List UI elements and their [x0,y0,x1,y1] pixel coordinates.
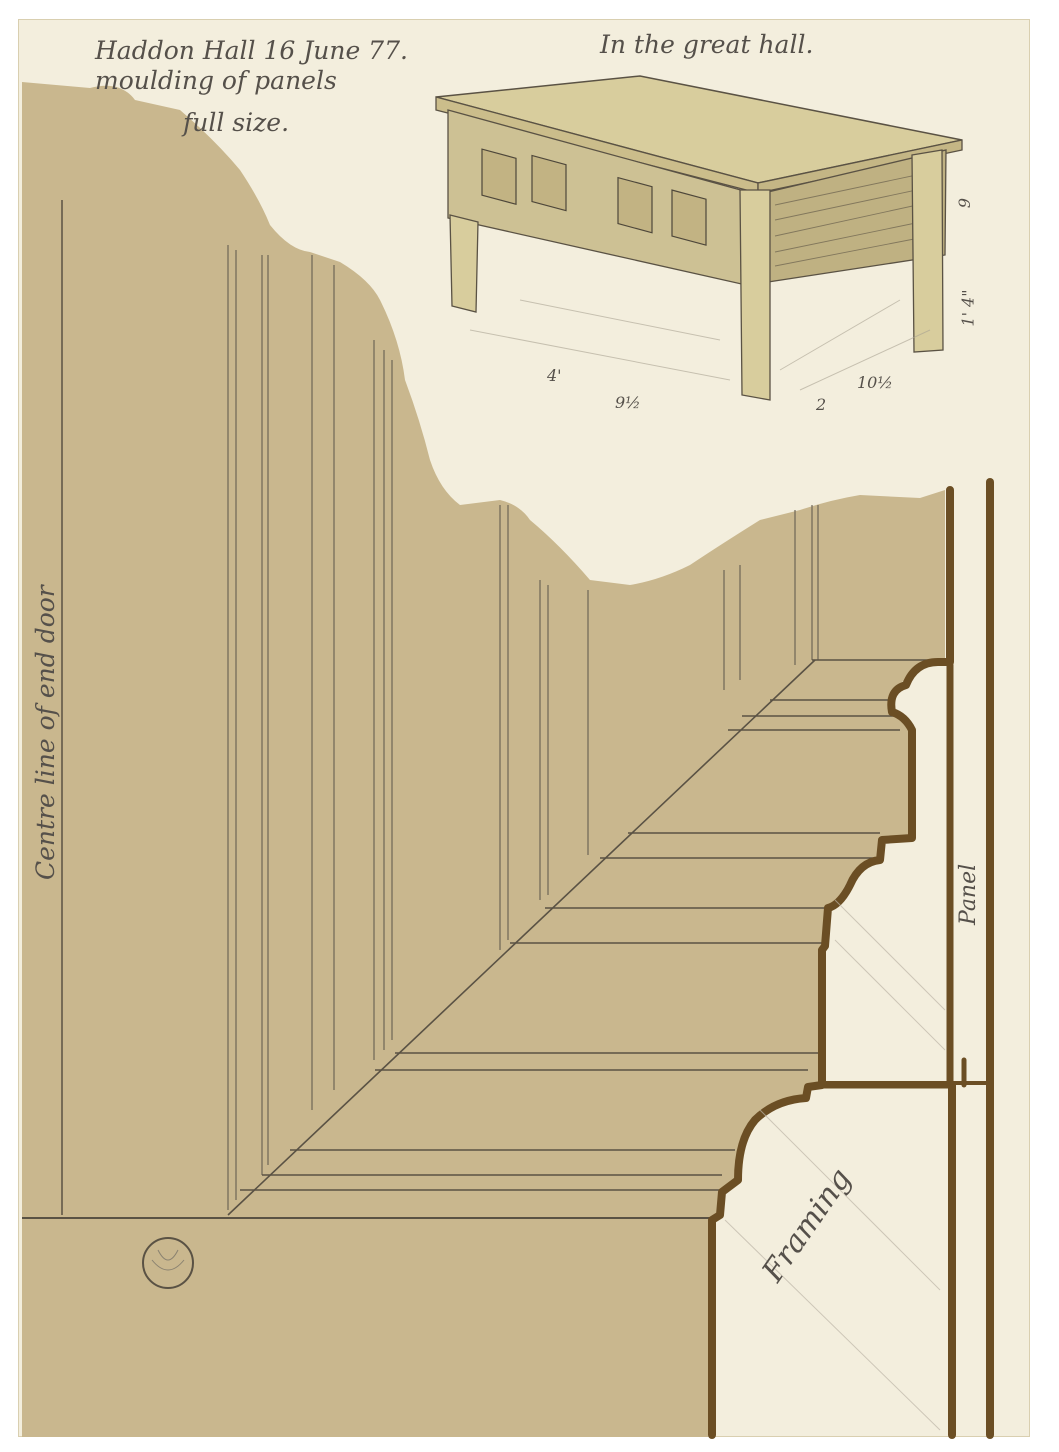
subject-note-line1: moulding of panels [95,68,337,93]
panel-label: Panel [958,864,980,925]
table-sketch [436,76,962,400]
dimension-length: 4' [547,368,562,384]
dimension-leg-offset: 2 [816,397,826,413]
location-date-note: Haddon Hall 16 June 77. [95,38,408,63]
moulding-drawing [0,0,1059,1452]
dimension-top-height: 9 [957,198,973,208]
dimension-width: 9½ [615,395,641,411]
subject-note-line2: full size. [183,110,289,135]
location-detail-note: In the great hall. [600,32,813,57]
centre-line-label: Centre line of end door [33,585,58,880]
dimension-leg-height: 1' 4" [961,289,977,326]
dimension-leg-span: 10½ [857,375,893,391]
